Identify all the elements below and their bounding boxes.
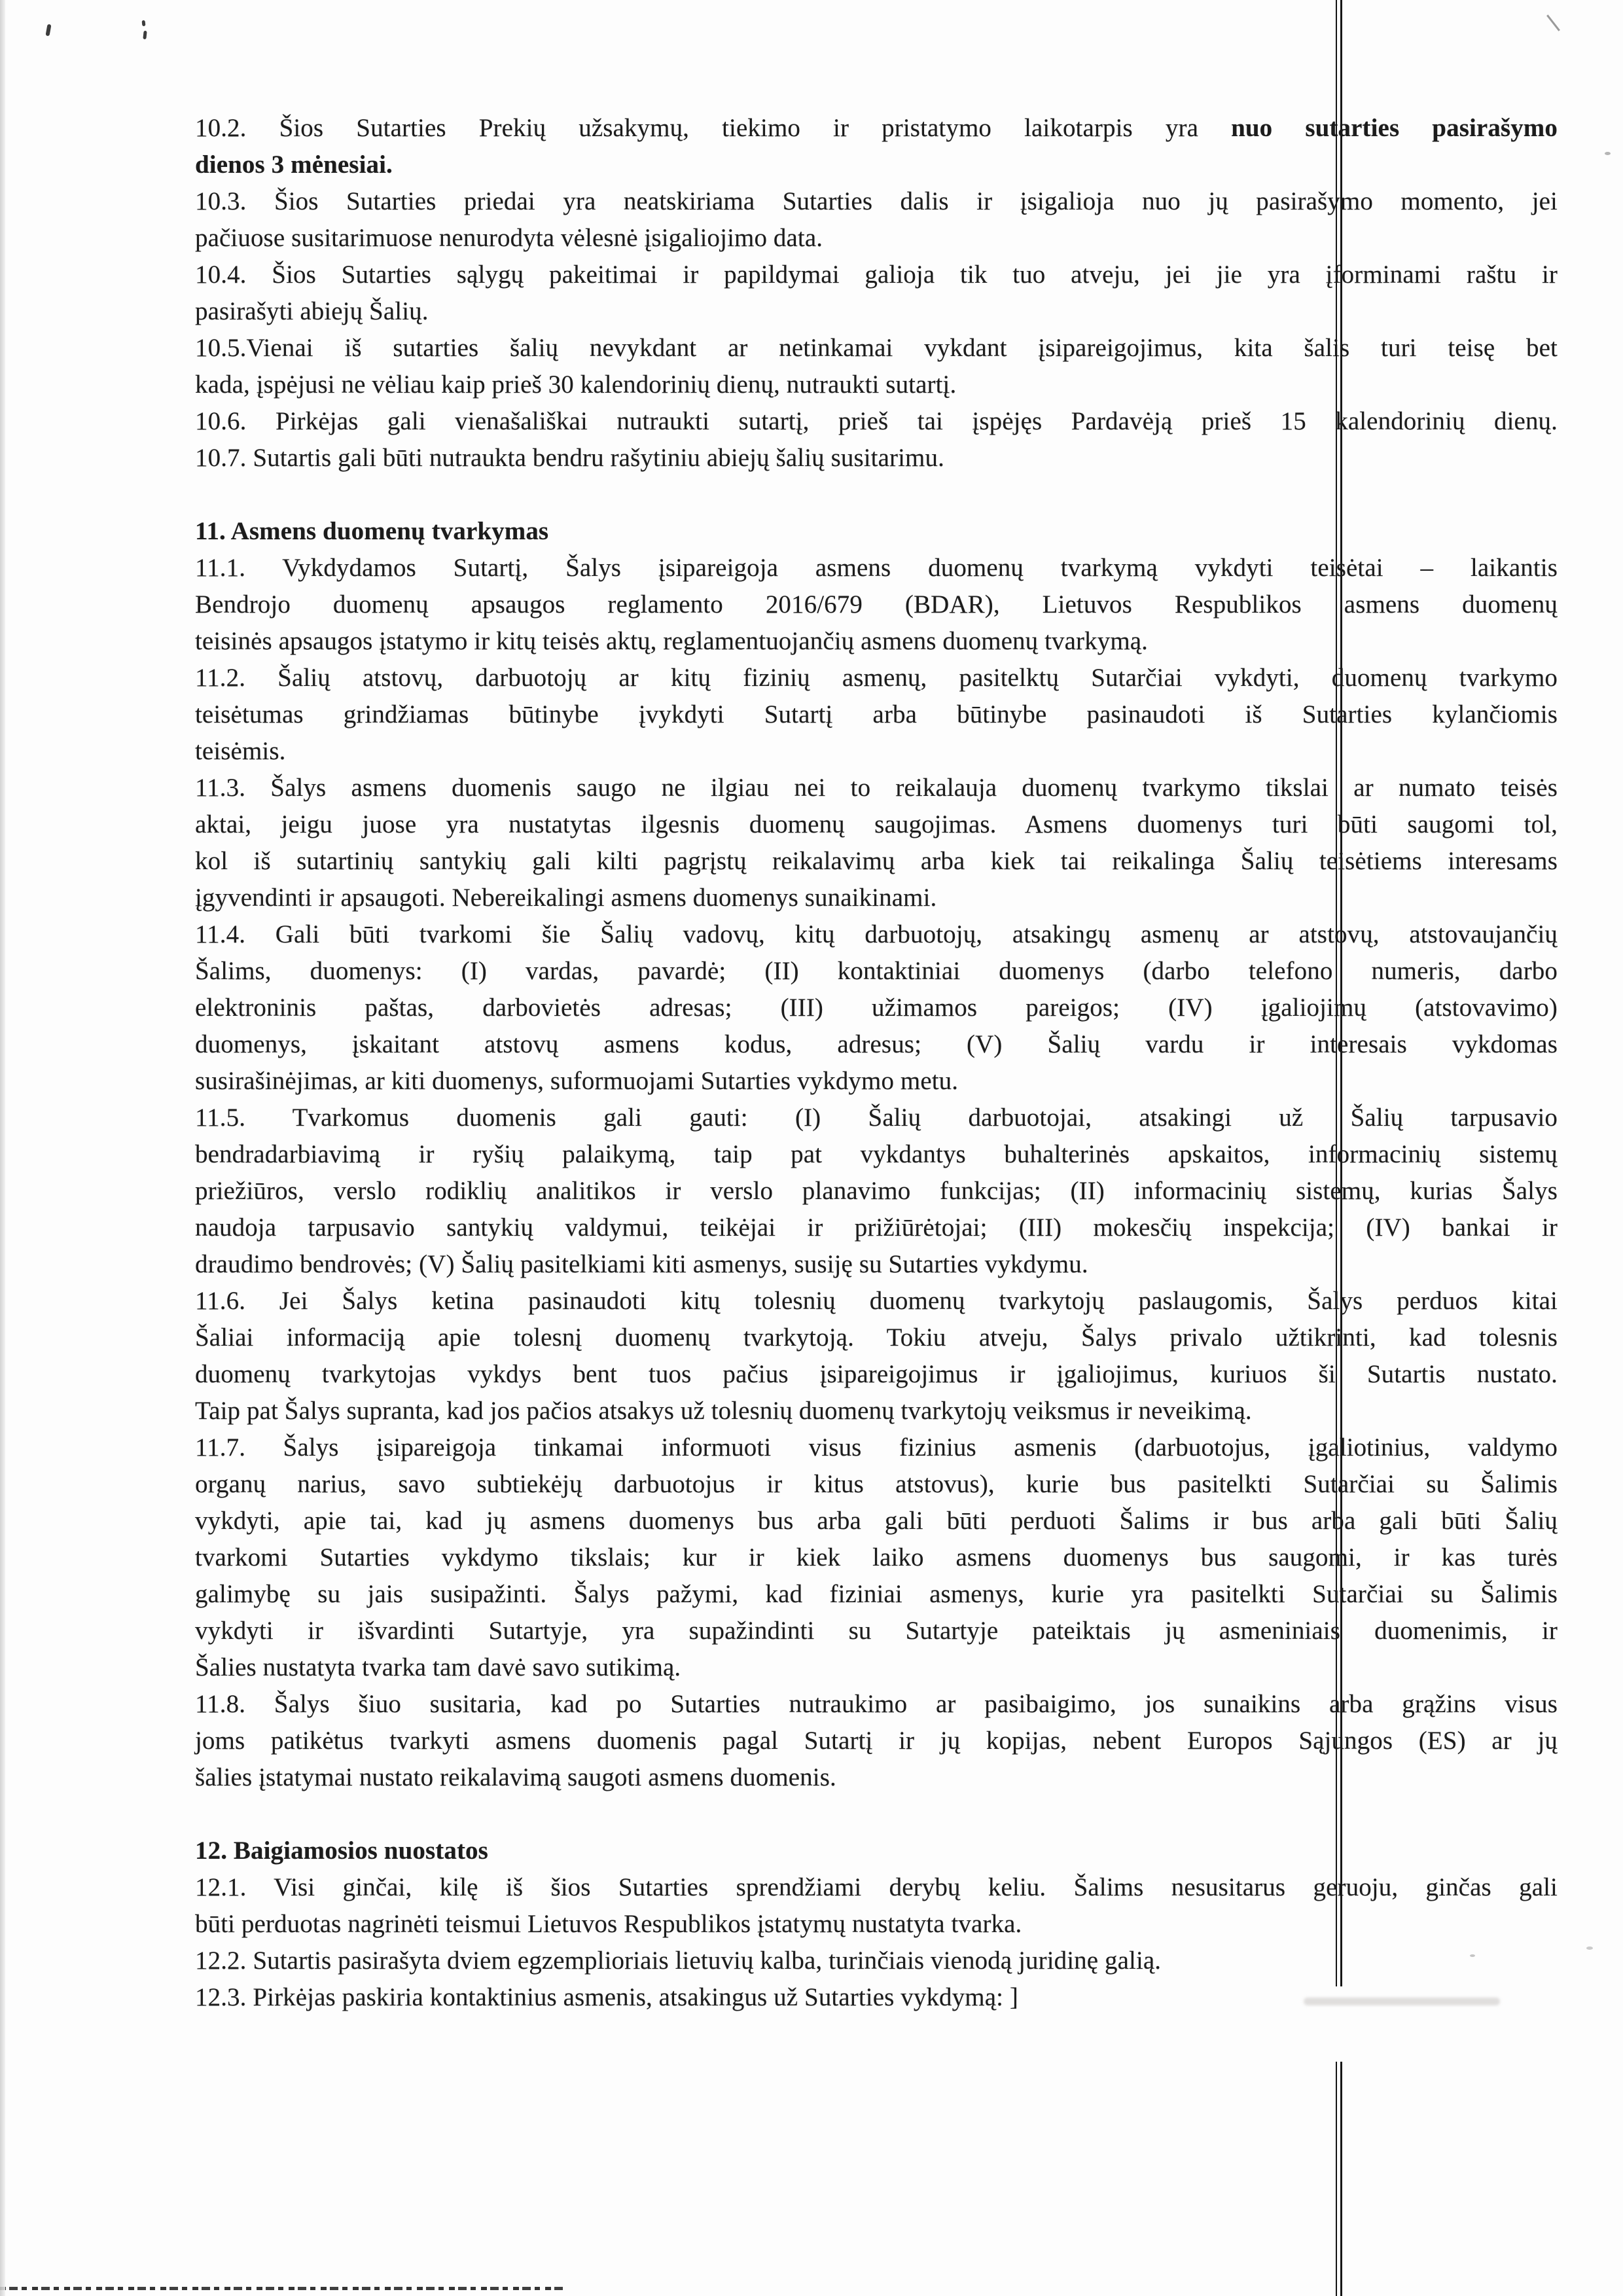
text-line: 12.3. Pirkėjas paskiria kontaktinius asm… [195,1979,1558,2016]
text-line: organų narius, savo subtiekėjų darbuotoj… [195,1466,1558,1503]
text-line: Šalies nustatyta tvarka tam davė savo su… [195,1649,1558,1686]
text-line: 11.2. Šalių atstovų, darbuotojų ar kitų … [195,660,1558,696]
scan-speck-artifact [1605,152,1611,155]
text-line: 10.4. Šios Sutarties sąlygų pakeitimai i… [195,257,1558,293]
scan-tick-artifact [1546,14,1560,31]
section-heading: 12. Baigiamosios nuostatos [195,1833,1558,1869]
text-line: susirašinėjimas, ar kiti duomenys, sufor… [195,1063,1558,1100]
text-line: Šaliai informaciją apie tolesnį duomenų … [195,1319,1558,1356]
text-line: duomenų tvarkytojas vykdys bent tuos pač… [195,1356,1558,1393]
text-line: tvarkomi Sutarties vykdymo tikslais; kur… [195,1539,1558,1576]
text-line: teisinės apsaugos įstatymo ir kitų teisė… [195,623,1558,660]
text-line: 11.6. Jei Šalys ketina pasinaudoti kitų … [195,1283,1558,1319]
text-line: 11.5. Tvarkomus duomenis gali gauti: (I)… [195,1100,1558,1136]
scan-speck-artifact [1470,1954,1475,1957]
text-line: vykdyti ir išvardinti Sutartyje, yra sup… [195,1613,1558,1649]
ink-mark-artifact [45,24,51,37]
text-line: 10.7. Sutartis gali būti nutraukta bendr… [195,440,1558,476]
text-line: būti perduotas nagrinėti teismui Lietuvo… [195,1906,1558,1943]
text-line: dienos 3 mėnesiai. [195,147,1558,183]
text-line: teisėmis. [195,733,1558,770]
section-heading: 11. Asmens duomenų tvarkymas [195,513,1558,550]
text-line: priežiūros, verslo rodiklių analitikos i… [195,1173,1558,1210]
contract-text: 10.2. Šios Sutarties Prekių užsakymų, ti… [195,110,1558,2016]
text-line: pačiuose susitarimuose nenurodyta vėlesn… [195,220,1558,257]
text-line: teisėtumas grindžiamas būtinybe įvykdyti… [195,696,1558,733]
vertical-scan-line [1336,0,1342,1986]
text-line: kol iš sutartinių santykių gali kilti pa… [195,843,1558,880]
text-line: aktai, jeigu juose yra nustatytas ilgesn… [195,806,1558,843]
scan-edge-shadow [0,0,5,2296]
text-line: pasirašyti abiejų Šalių. [195,293,1558,330]
text-line: 11.4. Gali būti tvarkomi šie Šalių vadov… [195,916,1558,953]
ink-mark-artifact [142,20,146,26]
text-line: 12.1. Visi ginčai, kilę iš šios Sutartie… [195,1869,1558,1906]
vertical-scan-line [1336,2062,1342,2296]
text-line: 10.3. Šios Sutarties priedai yra neatski… [195,183,1558,220]
text-line: 11.8. Šalys šiuo susitaria, kad po Sutar… [195,1686,1558,1723]
text-line: 10.6. Pirkėjas gali vienašališkai nutrau… [195,403,1558,440]
text-line: 11.3. Šalys asmens duomenis saugo ne ilg… [195,770,1558,806]
text-line: 10.2. Šios Sutarties Prekių užsakymų, ti… [195,110,1558,147]
text-line: įgyvendinti ir apsaugoti. Nebereikalingi… [195,880,1558,916]
text-line: Taip pat Šalys supranta, kad jos pačios … [195,1393,1558,1429]
text-line: 11.1. Vykdydamos Sutartį, Šalys įsiparei… [195,550,1558,586]
text-line: kada, įspėjusi ne vėliau kaip prieš 30 k… [195,367,1558,403]
text-line: Šalims, duomenys: (I) vardas, pavardė; (… [195,953,1558,990]
text-line: vykdyti, apie tai, kad jų asmens duomeny… [195,1503,1558,1539]
text-line: duomenys, įskaitant atstovų asmens kodus… [195,1026,1558,1063]
scanned-page: 10.2. Šios Sutarties Prekių užsakymų, ti… [0,0,1623,2296]
scan-speck-artifact [1586,1946,1593,1950]
bottom-dashed-noise-artifact [0,2287,563,2290]
text-line: 11.7. Šalys įsipareigoja tinkamai inform… [195,1429,1558,1466]
paragraph-spacer [195,1796,1558,1833]
text-line: draudimo bendrovės; (V) Šalių pasitelkia… [195,1246,1558,1283]
text-line: Bendrojo duomenų apsaugos reglamento 201… [195,586,1558,623]
text-line: naudoja tarpusavio santykių valdymui, te… [195,1210,1558,1246]
text-line: šalies įstatymai nustato reikalavimą sau… [195,1759,1558,1796]
text-line: joms patikėtus tvarkyti asmens duomenis … [195,1723,1558,1759]
text-line: elektroninis paštas, darbovietės adresas… [195,990,1558,1026]
text-line: 10.5.Vienai iš sutarties šalių nevykdant… [195,330,1558,367]
text-line: bendradarbiavimą ir ryšių palaikymą, tai… [195,1136,1558,1173]
ink-mark-artifact [143,31,147,39]
paragraph-spacer [195,476,1558,513]
text-line: 12.2. Sutartis pasirašyta dviem egzempli… [195,1943,1558,1979]
text-line: galimybę su jais susipažinti. Šalys pažy… [195,1576,1558,1613]
